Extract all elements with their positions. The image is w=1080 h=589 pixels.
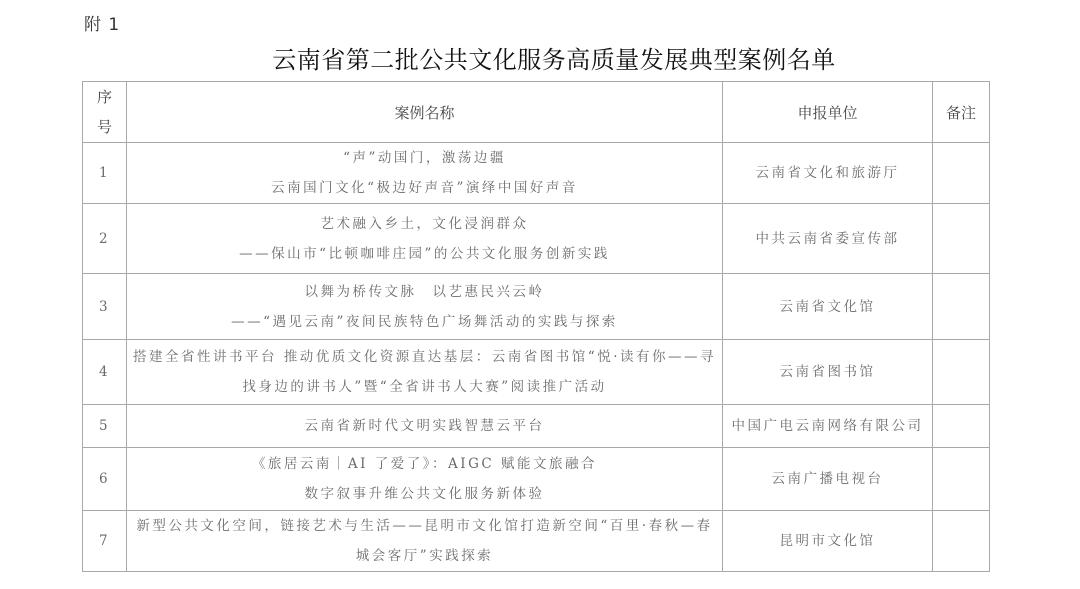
table-row: 3 以舞为桥传文脉 以艺惠民兴云岭 ——“遇见云南”夜间民族特色广场舞活动的实践… bbox=[83, 274, 990, 340]
row-unit: 云南广播电视台 bbox=[723, 448, 933, 511]
row-note bbox=[933, 274, 990, 340]
row-note bbox=[933, 448, 990, 511]
row-case-name: “声”动国门，激荡边疆 云南国门文化“极边好声音”演绎中国好声音 bbox=[127, 143, 723, 204]
row-index: 5 bbox=[83, 405, 127, 448]
row-unit: 云南省图书馆 bbox=[723, 340, 933, 405]
table-row: 1 “声”动国门，激荡边疆 云南国门文化“极边好声音”演绎中国好声音 云南省文化… bbox=[83, 143, 990, 204]
row-unit: 昆明市文化馆 bbox=[723, 511, 933, 572]
row-unit: 云南省文化馆 bbox=[723, 274, 933, 340]
table-row: 4 搭建全省性讲书平台 推动优质文化资源直达基层：云南省图书馆“悦·读有你——寻… bbox=[83, 340, 990, 405]
row-case-name: 搭建全省性讲书平台 推动优质文化资源直达基层：云南省图书馆“悦·读有你——寻找身… bbox=[127, 340, 723, 405]
case-name-line: “声”动国门，激荡边疆 bbox=[133, 143, 716, 173]
row-unit: 中国广电云南网络有限公司 bbox=[723, 405, 933, 448]
case-name-line: 以舞为桥传文脉 以艺惠民兴云岭 bbox=[133, 277, 716, 307]
row-note bbox=[933, 204, 990, 274]
row-unit: 中共云南省委宣传部 bbox=[723, 204, 933, 274]
row-index: 4 bbox=[83, 340, 127, 405]
document-title: 云南省第二批公共文化服务高质量发展典型案例名单 bbox=[0, 40, 1080, 75]
header-note: 备注 bbox=[933, 82, 990, 143]
header-case-name: 案例名称 bbox=[127, 82, 723, 143]
row-case-name: 以舞为桥传文脉 以艺惠民兴云岭 ——“遇见云南”夜间民族特色广场舞活动的实践与探… bbox=[127, 274, 723, 340]
case-name-line: 艺术融入乡土，文化浸润群众 bbox=[133, 209, 716, 239]
row-note bbox=[933, 143, 990, 204]
header-index-line1: 序 bbox=[89, 82, 120, 112]
case-name-line: 新型公共文化空间，链接艺术与生活——昆明市文化馆打造新空间“百里·春秋—春城会客… bbox=[133, 511, 716, 571]
case-name-line: 数字叙事升维公共文化服务新体验 bbox=[133, 479, 716, 509]
case-name-line: 云南省新时代文明实践智慧云平台 bbox=[133, 411, 716, 441]
row-case-name: 云南省新时代文明实践智慧云平台 bbox=[127, 405, 723, 448]
row-index: 3 bbox=[83, 274, 127, 340]
case-name-line: ——“遇见云南”夜间民族特色广场舞活动的实践与探索 bbox=[133, 307, 716, 337]
case-name-line: ——保山市“比顿咖啡庄园”的公共文化服务创新实践 bbox=[133, 239, 716, 269]
case-list-table: 序 号 案例名称 申报单位 备注 1 “声”动国门，激荡边疆 云南国门文化“极边… bbox=[82, 81, 990, 572]
row-case-name: 《旅居云南｜AI 了爱了》：AIGC 赋能文旅融合 数字叙事升维公共文化服务新体… bbox=[127, 448, 723, 511]
case-name-line: 搭建全省性讲书平台 推动优质文化资源直达基层：云南省图书馆“悦·读有你——寻找身… bbox=[133, 342, 716, 402]
table-row: 5 云南省新时代文明实践智慧云平台 中国广电云南网络有限公司 bbox=[83, 405, 990, 448]
table-row: 7 新型公共文化空间，链接艺术与生活——昆明市文化馆打造新空间“百里·春秋—春城… bbox=[83, 511, 990, 572]
table-header-row: 序 号 案例名称 申报单位 备注 bbox=[83, 82, 990, 143]
row-unit: 云南省文化和旅游厅 bbox=[723, 143, 933, 204]
case-name-line: 《旅居云南｜AI 了爱了》：AIGC 赋能文旅融合 bbox=[133, 449, 716, 479]
attachment-label: 附 1 bbox=[84, 10, 120, 35]
header-unit: 申报单位 bbox=[723, 82, 933, 143]
case-name-line: 云南国门文化“极边好声音”演绎中国好声音 bbox=[133, 173, 716, 203]
row-case-name: 新型公共文化空间，链接艺术与生活——昆明市文化馆打造新空间“百里·春秋—春城会客… bbox=[127, 511, 723, 572]
header-index-line2: 号 bbox=[89, 112, 120, 142]
header-index: 序 号 bbox=[83, 82, 127, 143]
table-row: 6 《旅居云南｜AI 了爱了》：AIGC 赋能文旅融合 数字叙事升维公共文化服务… bbox=[83, 448, 990, 511]
row-index: 1 bbox=[83, 143, 127, 204]
table-row: 2 艺术融入乡土，文化浸润群众 ——保山市“比顿咖啡庄园”的公共文化服务创新实践… bbox=[83, 204, 990, 274]
row-index: 7 bbox=[83, 511, 127, 572]
row-note bbox=[933, 511, 990, 572]
row-index: 6 bbox=[83, 448, 127, 511]
row-note bbox=[933, 340, 990, 405]
row-case-name: 艺术融入乡土，文化浸润群众 ——保山市“比顿咖啡庄园”的公共文化服务创新实践 bbox=[127, 204, 723, 274]
row-index: 2 bbox=[83, 204, 127, 274]
row-note bbox=[933, 405, 990, 448]
